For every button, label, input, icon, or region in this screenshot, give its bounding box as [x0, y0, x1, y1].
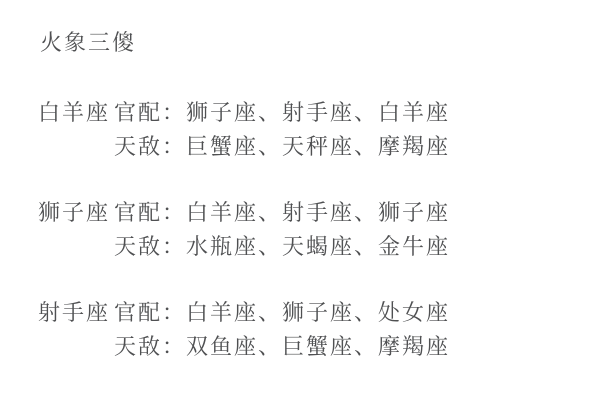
- match-list: 狮子座、射手座、白羊座: [186, 101, 450, 126]
- match-label: 官配：: [114, 101, 186, 126]
- match-row: 射手座官配：白羊座、狮子座、处女座: [38, 297, 600, 331]
- match-list: 白羊座、狮子座、处女座: [186, 301, 450, 326]
- enemy-label: 天敌：: [114, 235, 186, 260]
- sign-name: 狮子座: [38, 197, 114, 231]
- enemy-row: 天敌：双鱼座、巨蟹座、摩羯座: [38, 331, 600, 365]
- match-row: 狮子座官配：白羊座、射手座、狮子座: [38, 197, 600, 231]
- enemy-row: 天敌：巨蟹座、天秤座、摩羯座: [38, 131, 600, 165]
- match-list: 白羊座、射手座、狮子座: [186, 201, 450, 226]
- enemy-list: 巨蟹座、天秤座、摩羯座: [186, 135, 450, 160]
- match-row: 白羊座官配：狮子座、射手座、白羊座: [38, 97, 600, 131]
- enemy-list: 双鱼座、巨蟹座、摩羯座: [186, 335, 450, 360]
- zodiac-block-aries: 白羊座官配：狮子座、射手座、白羊座 天敌：巨蟹座、天秤座、摩羯座: [38, 97, 600, 165]
- enemy-label: 天敌：: [114, 135, 186, 160]
- enemy-label: 天敌：: [114, 335, 186, 360]
- sign-name: 白羊座: [38, 97, 114, 131]
- match-label: 官配：: [114, 301, 186, 326]
- zodiac-block-leo: 狮子座官配：白羊座、射手座、狮子座 天敌：水瓶座、天蝎座、金牛座: [38, 197, 600, 265]
- page-title: 火象三傻: [40, 27, 600, 61]
- zodiac-document: 火象三傻 白羊座官配：狮子座、射手座、白羊座 天敌：巨蟹座、天秤座、摩羯座 狮子…: [0, 0, 600, 400]
- zodiac-block-sagittarius: 射手座官配：白羊座、狮子座、处女座 天敌：双鱼座、巨蟹座、摩羯座: [38, 297, 600, 365]
- match-label: 官配：: [114, 201, 186, 226]
- enemy-row: 天敌：水瓶座、天蝎座、金牛座: [38, 231, 600, 265]
- enemy-list: 水瓶座、天蝎座、金牛座: [186, 235, 450, 260]
- sign-name: 射手座: [38, 297, 114, 331]
